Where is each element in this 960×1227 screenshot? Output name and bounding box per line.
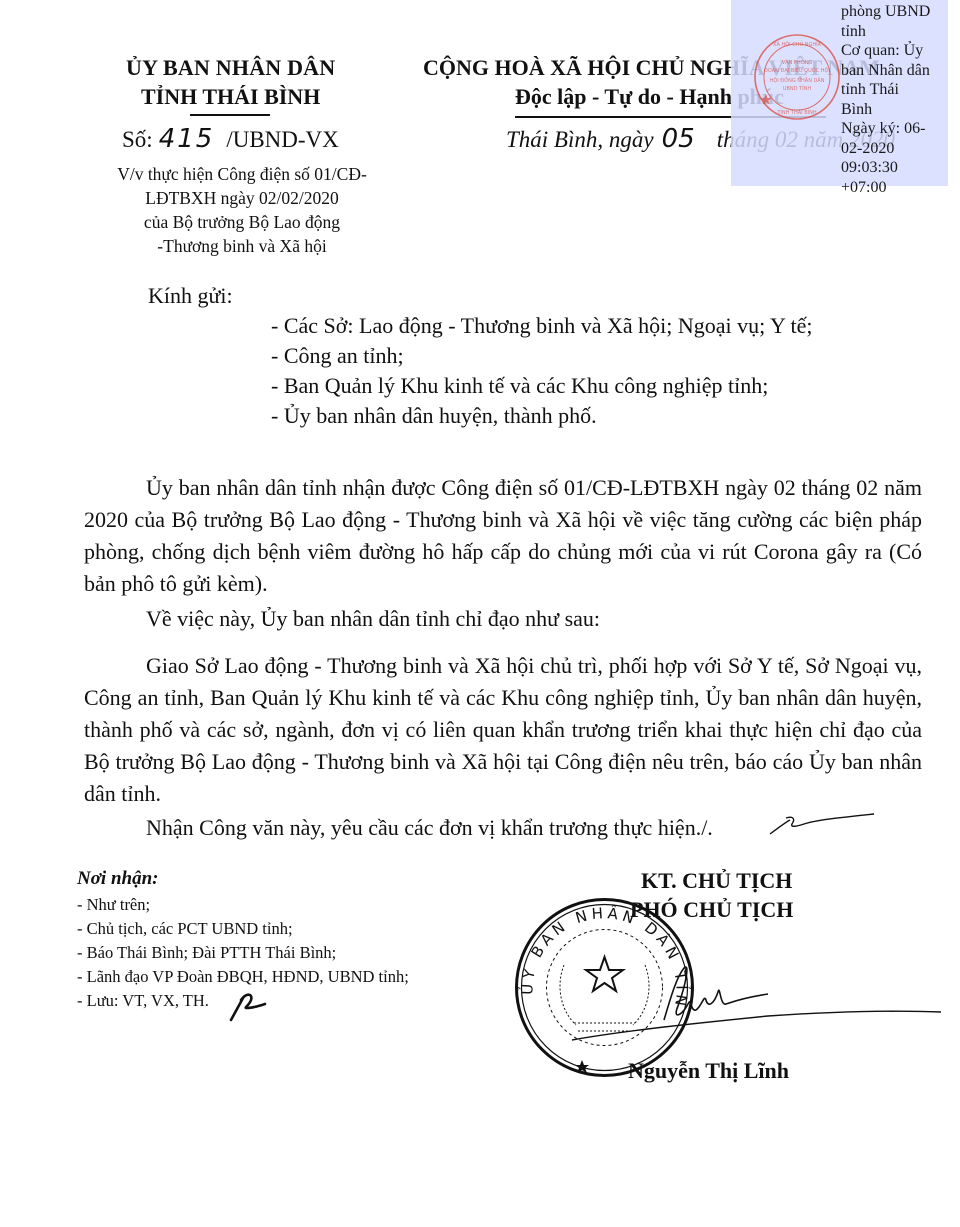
distribution-item: - Lãnh đạo VP Đoàn ĐBQH, HĐND, UBND tỉnh… xyxy=(77,967,409,987)
distribution-item: - Như trên; xyxy=(77,895,150,915)
subject-line: -Thương binh và Xã hội xyxy=(92,236,392,257)
date-prefix: Thái Bình, ngày xyxy=(506,127,654,152)
distribution-title: Nơi nhận: xyxy=(77,868,158,890)
distribution-item: - Lưu: VT, VX, TH. xyxy=(77,991,209,1011)
document-number-suffix: /UBND-VX xyxy=(226,127,338,152)
signature-title-line2: PHÓ CHỦ TỊCH xyxy=(630,897,793,923)
signer-name: Nguyễn Thị Lĩnh xyxy=(628,1058,789,1084)
svg-text:TỈNH THÁI BÌNH: TỈNH THÁI BÌNH xyxy=(776,108,817,116)
issuing-province: TỈNH THÁI BÌNH xyxy=(141,84,320,110)
document-number: Số:415/UBND-VX xyxy=(122,124,339,154)
svg-text:ĐOÀN ĐẠI BIỂU QUỐC HỘI: ĐOÀN ĐẠI BIỂU QUỐC HỘI xyxy=(764,66,830,74)
digital-signature-info: phòng UBND tỉnh Cơ quan: Ủy ban Nhân dân… xyxy=(841,2,930,197)
document-number-prefix: Số: xyxy=(122,127,153,152)
body-paragraph: Giao Sở Lao động - Thương binh và Xã hội… xyxy=(84,650,922,810)
document-number-handwritten: 415 xyxy=(159,124,215,154)
handwritten-signature-icon xyxy=(568,960,943,1045)
subject-line: của Bộ trưởng Bộ Lao động xyxy=(92,212,392,233)
recipient-item: - Công an tỉnh; xyxy=(271,343,404,369)
recipient-item: - Các Sở: Lao động - Thương binh và Xã h… xyxy=(271,313,813,339)
body-paragraph: Về việc này, Ủy ban nhân dân tỉnh chỉ đạ… xyxy=(84,603,922,635)
recipient-item: - Ban Quản lý Khu kinh tế và các Khu côn… xyxy=(271,373,768,399)
recipients-label: Kính gửi: xyxy=(148,283,233,309)
recipient-item: - Ủy ban nhân dân huyện, thành phố. xyxy=(271,403,597,429)
svg-text:UBND TỈNH: UBND TỈNH xyxy=(783,84,812,92)
distribution-item: - Chủ tịch, các PCT UBND tỉnh; xyxy=(77,919,293,939)
subject-line: V/v thực hiện Công điện số 01/CĐ- xyxy=(92,164,392,185)
date-day-handwritten: 05 xyxy=(662,124,695,154)
body-paragraph: Ủy ban nhân dân tỉnh nhận được Công điện… xyxy=(84,472,922,600)
svg-text:HỘI ĐỒNG NHÂN DÂN: HỘI ĐỒNG NHÂN DÂN xyxy=(770,75,825,84)
authority-underline xyxy=(190,114,270,116)
initial-mark-icon xyxy=(225,986,270,1024)
office-stamp-icon: XÃ HỘI CHỦ NGHĨA VĂN PHÒNG ĐOÀN ĐẠI BIỂU… xyxy=(752,32,842,122)
svg-text:VĂN PHÒNG: VĂN PHÒNG xyxy=(782,59,813,66)
initial-mark-icon xyxy=(756,812,876,838)
svg-text:XÃ HỘI CHỦ NGHĨA: XÃ HỘI CHỦ NGHĨA xyxy=(773,40,822,48)
signature-title-line1: KT. CHỦ TỊCH xyxy=(641,868,792,894)
subject-line: LĐTBXH ngày 02/02/2020 xyxy=(92,188,392,209)
distribution-item: - Báo Thái Bình; Đài PTTH Thái Bình; xyxy=(77,943,336,963)
issuing-authority: ỦY BAN NHÂN DÂN xyxy=(126,55,335,81)
